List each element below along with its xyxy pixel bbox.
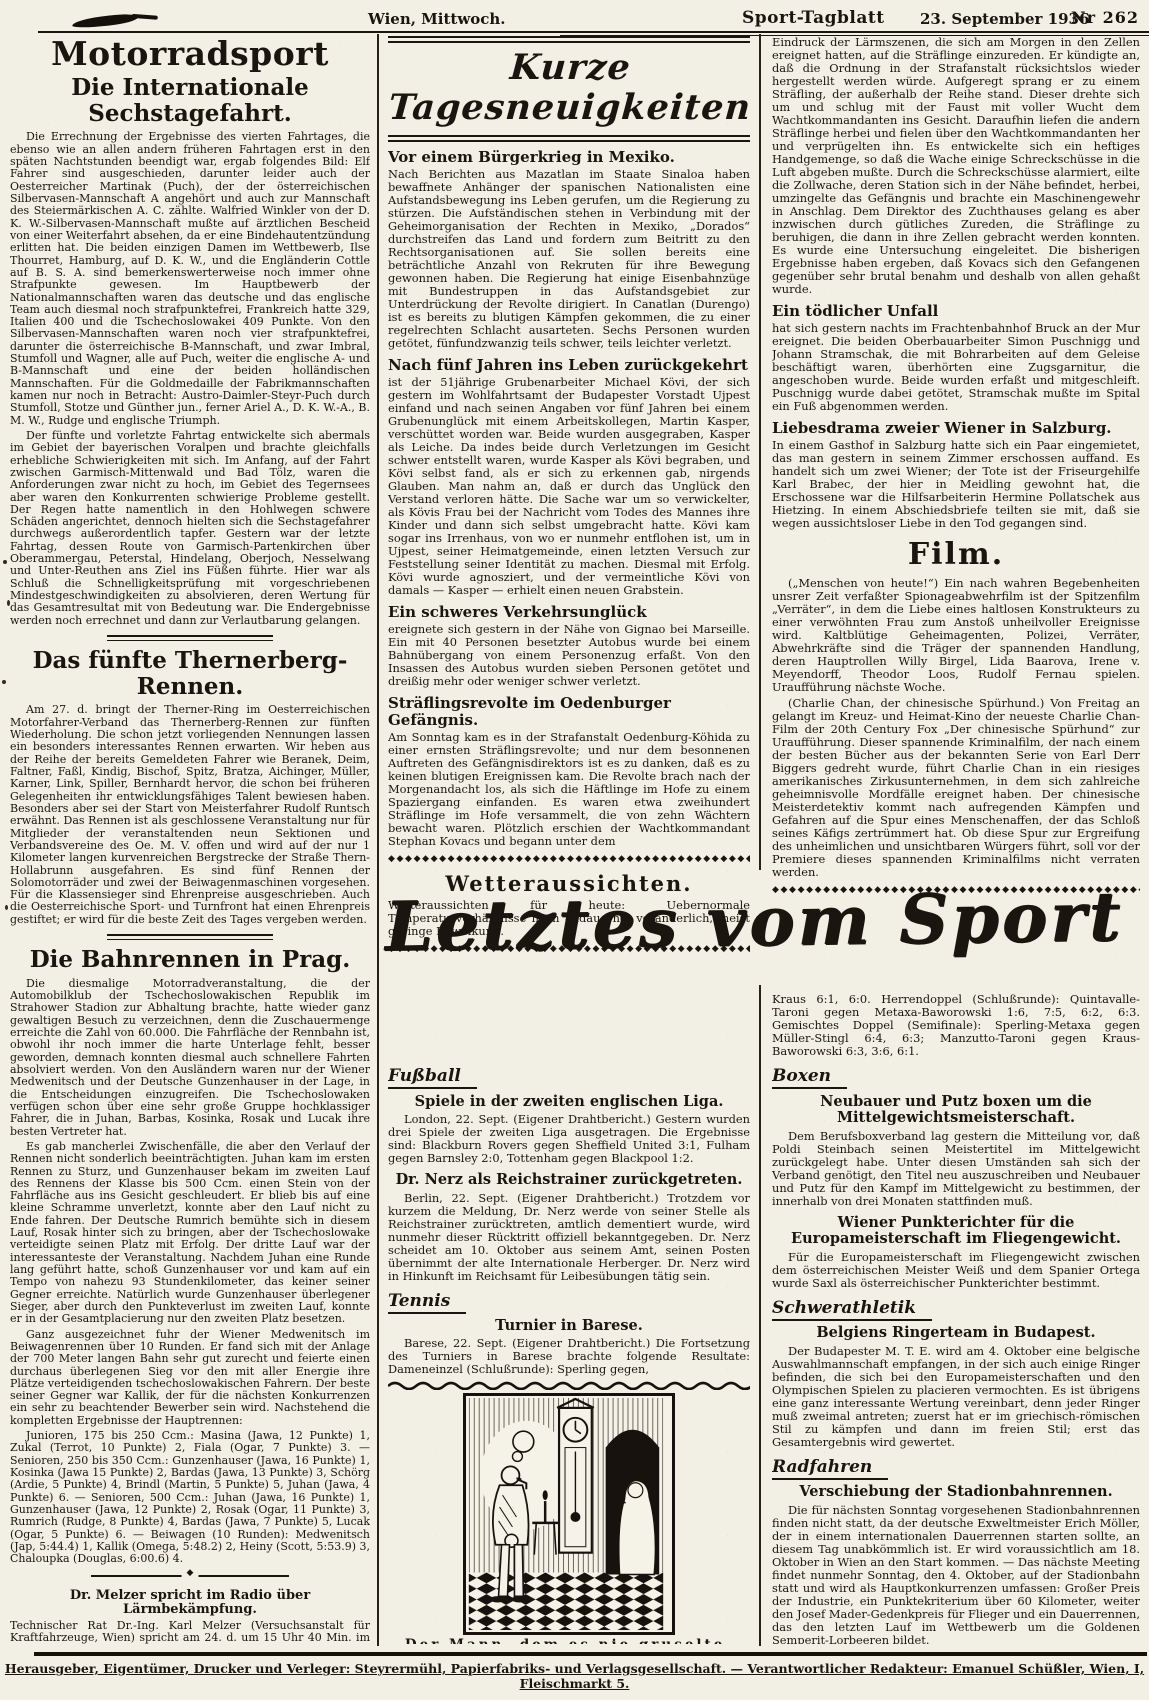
article-paragraph: („Menschen von heute!“) Ein nach wahren … bbox=[772, 577, 1140, 694]
headline-punkterichter: Wiener Punkterichter für die Europameist… bbox=[778, 1215, 1134, 1248]
masthead-rule bbox=[38, 31, 1149, 33]
column-motorsport: Motorradsport Die Internationale Sechsta… bbox=[10, 36, 370, 1644]
article-paragraph: Am 27. d. bringt der Therner-Ring im Oes… bbox=[10, 704, 370, 926]
footer-rule bbox=[34, 1652, 1147, 1656]
article-separator bbox=[107, 635, 273, 641]
headline-bahnrennen-prag: Die Bahnrennen in Prag. bbox=[10, 947, 370, 973]
section-title-film: Film. bbox=[772, 538, 1140, 572]
wavy-rule bbox=[388, 1380, 750, 1390]
article-paragraph: hat sich gestern nachts im Frachtenbahnh… bbox=[772, 322, 1140, 413]
ink-speck bbox=[5, 905, 8, 910]
headline-ringerteam: Belgiens Ringerteam in Budapest. bbox=[778, 1325, 1134, 1342]
article-paragraph: Barese, 22. Sept. (Eigener Drahtbericht.… bbox=[388, 1337, 750, 1376]
news-box-header: Kurze Tagesneuigkeiten bbox=[388, 36, 750, 142]
column-divider-right-upper bbox=[759, 34, 761, 870]
headline-nerz: Dr. Nerz als Reichstrainer zurückgetrete… bbox=[394, 1172, 744, 1189]
cartoon-illustration bbox=[463, 1393, 675, 1635]
section-title-motorradsport: Motorradsport bbox=[10, 36, 370, 73]
kicker-tennis: Tennis bbox=[388, 1292, 750, 1311]
kicker-label: Schwerathletik bbox=[772, 1298, 932, 1321]
headline-koevi: Nach fünf Jahren ins Leben zurückgekehrt bbox=[388, 357, 750, 374]
article-separator bbox=[107, 934, 273, 940]
diamond-rule bbox=[388, 854, 750, 866]
article-paragraph: Die Errechnung der Ergebnisse des vierte… bbox=[10, 131, 370, 427]
column-mixed-news: Eindruck der Lärmszenen, die sich am Mor… bbox=[772, 36, 1140, 1644]
article-paragraph: Dem Berufsboxverband lag gestern die Mit… bbox=[772, 1130, 1140, 1208]
article-paragraph: Die für nächsten Sonntag vorgesehenen St… bbox=[772, 1504, 1140, 1644]
notice-separator bbox=[91, 1575, 289, 1583]
headline-liebesdrama: Liebesdrama zweier Wiener in Salzburg. bbox=[772, 420, 1140, 437]
article-paragraph: Es gab mancherlei Zwischenfälle, die abe… bbox=[10, 1141, 370, 1326]
headline-straeflingsrevolte: Sträflingsrevolte im Oedenburger Gefängn… bbox=[388, 695, 750, 729]
article-paragraph: Nach Berichten aus Mazatlan im Staate Si… bbox=[388, 168, 750, 350]
headline-mexiko: Vor einem Bürgerkrieg in Mexiko. bbox=[388, 149, 750, 166]
column-divider-left bbox=[377, 34, 379, 1646]
newspaper-page: Wien, Mittwoch. Sport-Tagblatt 23. Septe… bbox=[0, 0, 1149, 1700]
column-divider-right-lower bbox=[759, 985, 761, 1646]
news-box-title: Kurze Tagesneuigkeiten bbox=[388, 48, 750, 128]
masthead: Wien, Mittwoch. Sport-Tagblatt 23. Septe… bbox=[0, 4, 1149, 30]
article-continuation: Eindruck der Lärmszenen, die sich am Mor… bbox=[772, 36, 1140, 296]
imprint-line: Herausgeber, Eigentümer, Drucker und Ver… bbox=[0, 1661, 1149, 1691]
ghost-cartoon-drawing bbox=[466, 1396, 666, 1632]
headline-barese: Turnier in Barese. bbox=[394, 1318, 744, 1335]
article-paragraph: Der Budapester M. T. E. wird am 4. Oktob… bbox=[772, 1345, 1140, 1449]
article-paragraph: Der fünfte und vorletzte Fahrtag entwick… bbox=[10, 430, 370, 627]
ink-speck bbox=[3, 560, 7, 564]
headline-mittelgewicht: Neubauer und Putz boxen um die Mittelgew… bbox=[778, 1094, 1134, 1127]
radio-notice-text: Technischer Rat Dr.-Ing. Karl Melzer (Ve… bbox=[10, 1620, 370, 1644]
masthead-issue-number: Nr 262 bbox=[1071, 8, 1139, 27]
article-paragraph: Am Sonntag kam es in der Strafanstalt Oe… bbox=[388, 731, 750, 848]
kicker-label: Radfahren bbox=[772, 1457, 888, 1480]
sport-banner-headline: Letztes vom Sport bbox=[407, 867, 1100, 977]
article-paragraph: Berlin, 22. Sept. (Eigener Drahtbericht.… bbox=[388, 1192, 750, 1283]
kicker-boxen: Boxen bbox=[772, 1067, 1140, 1086]
ink-speck bbox=[2, 680, 6, 684]
banner-gap bbox=[388, 962, 750, 1058]
tennis-results-continuation: Kraus 6:1, 6:0. Herrendoppel (Schlußrund… bbox=[772, 993, 1140, 1058]
column-news: Kurze Tagesneuigkeiten Vor einem Bürgerk… bbox=[388, 36, 750, 1644]
headline-toedlicher-unfall: Ein tödlicher Unfall bbox=[772, 303, 1140, 320]
article-paragraph: ist der 51jährige Grubenarbeiter Michael… bbox=[388, 376, 750, 597]
article-paragraph: London, 22. Sept. (Eigener Drahtbericht.… bbox=[388, 1113, 750, 1165]
article-paragraph: (Charlie Chan, der chinesische Spürhund.… bbox=[772, 697, 1140, 879]
kicker-label: Tennis bbox=[388, 1291, 466, 1314]
race-results-list: Junioren, 175 bis 250 Ccm.: Masina (Jawa… bbox=[10, 1430, 370, 1565]
kicker-label: Fußball bbox=[388, 1066, 477, 1089]
article-paragraph: Für die Europameisterschaft im Fliegenge… bbox=[772, 1251, 1140, 1290]
headline-verkehrsunglueck: Ein schweres Verkehrsunglück bbox=[388, 604, 750, 621]
kicker-fussball: Fußball bbox=[388, 1067, 750, 1086]
article-paragraph: ereignete sich gestern in der Nähe von G… bbox=[388, 623, 750, 688]
cartoon-caption-title: Der Mann, dem es nie gruselte. bbox=[388, 1638, 750, 1644]
headline-thernerberg-rennen: Das fünfte Thernerberg-Rennen. bbox=[10, 648, 370, 700]
kicker-schwerathletik: Schwerathletik bbox=[772, 1299, 1140, 1318]
masthead-date: 23. September 1936 bbox=[920, 10, 1089, 28]
headline-stadionbahnrennen: Verschiebung der Stadionbahnrennen. bbox=[778, 1484, 1134, 1501]
kicker-label: Boxen bbox=[772, 1066, 847, 1089]
masthead-title: Sport-Tagblatt bbox=[742, 8, 885, 28]
ink-smudge-decoration bbox=[72, 13, 139, 30]
masthead-city-day: Wien, Mittwoch. bbox=[368, 10, 506, 28]
article-paragraph: In einem Gasthof in Salzburg hatte sich … bbox=[772, 439, 1140, 530]
kicker-radfahren: Radfahren bbox=[772, 1458, 1140, 1477]
article-paragraph: Die diesmalige Motorradveranstaltung, di… bbox=[10, 978, 370, 1138]
article-paragraph: Ganz ausgezeichnet fuhr der Wiener Medwe… bbox=[10, 1329, 370, 1428]
radio-notice-title: Dr. Melzer spricht im Radio über Lärmbek… bbox=[10, 1589, 370, 1618]
headline-sechstagefahrt: Die Internationale Sechstagefahrt. bbox=[10, 75, 370, 127]
headline-englische-liga: Spiele in der zweiten englischen Liga. bbox=[394, 1094, 744, 1111]
